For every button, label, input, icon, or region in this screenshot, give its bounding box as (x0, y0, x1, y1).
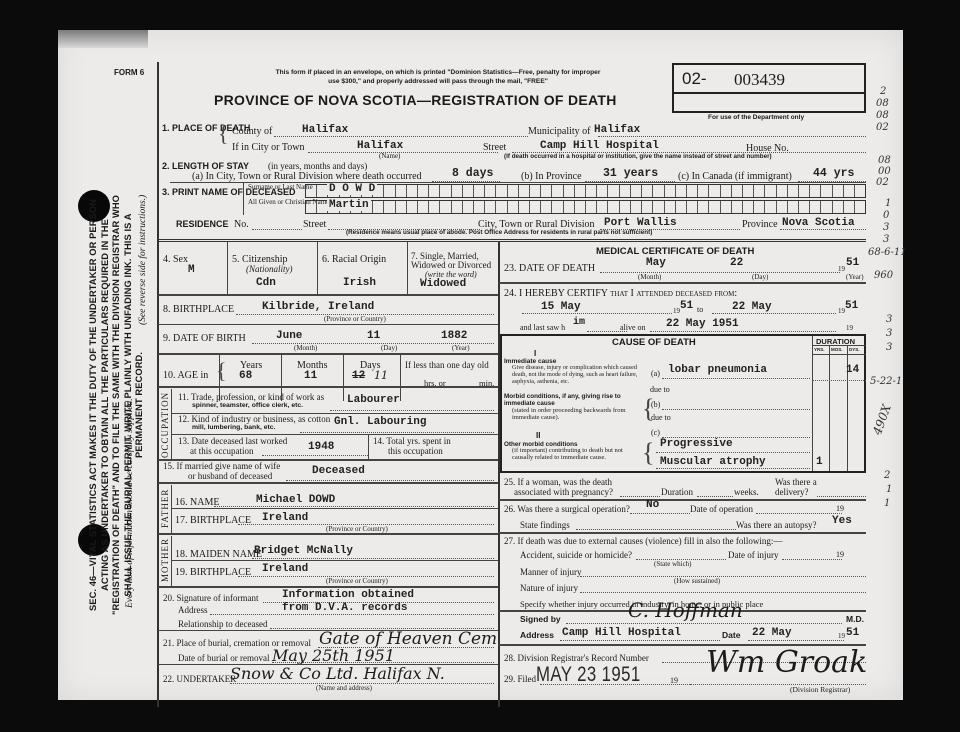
informant-address-label: Address (178, 605, 208, 615)
industry-sub: mill, lumbering, bank, etc. (192, 424, 275, 431)
margin-note: 2 (884, 470, 890, 481)
residence-street-label: Street (303, 219, 326, 230)
occupation-bracket (171, 389, 172, 459)
signature-date-value[interactable]: 22 May (752, 627, 792, 639)
rule-8 (158, 324, 498, 325)
page-title: PROVINCE OF NOVA SCOTIA—REGISTRATION OF … (214, 92, 617, 108)
racial-label: 6. Racial Origin (322, 254, 386, 265)
margin-note: 3 (883, 222, 889, 233)
signature-year-prefix: 19 (838, 632, 845, 640)
margin-note: 2 (880, 86, 886, 97)
birthplace-caption: (Province or Country) (324, 315, 386, 323)
industry-line (300, 432, 494, 433)
operation-value[interactable]: No (646, 499, 659, 511)
sex-divider (227, 242, 228, 294)
nature-line (580, 592, 866, 593)
margin-note: 02 (876, 177, 889, 188)
cause-a-line (662, 378, 810, 379)
month-caption: (Month) (294, 344, 317, 352)
attended-from-year[interactable]: 51 (680, 300, 693, 312)
father-birthplace-value[interactable]: Ireland (262, 512, 308, 524)
surname-grid (305, 184, 866, 198)
city-line (308, 152, 498, 153)
duration-dys: DYS. (849, 347, 860, 352)
trade-line (330, 410, 494, 411)
operation-year-prefix: 19 (836, 504, 844, 513)
other-condition-line-1[interactable]: Progressive (660, 438, 733, 450)
spouse-sub: or husband of deceased (188, 471, 272, 481)
last-worked-sub: at this occupation (190, 446, 253, 456)
mother-maiden-line (252, 558, 494, 559)
spouse-line (286, 480, 494, 481)
record-number-label: 28. Division Registrar's Record Number (504, 653, 649, 663)
registrar-signature[interactable]: Wm Groak (706, 645, 867, 680)
age-div-3 (343, 355, 344, 401)
margin-note: 960 (874, 270, 893, 281)
attended-to-date[interactable]: 22 May (732, 301, 772, 313)
autopsy-label: Was there an autopsy? (736, 520, 817, 530)
alive-on-date[interactable]: 22 May 1951 (666, 318, 739, 330)
cause-a-days[interactable]: 14 (846, 364, 859, 376)
relationship-label: Relationship to deceased (178, 619, 267, 629)
undertaker-label: 22. UNDERTAKER (163, 674, 236, 684)
rule-25 (499, 499, 866, 501)
year-caption: (Year) (452, 344, 470, 352)
father-bracket (171, 485, 172, 533)
stay-city-label: (a) In City, Town or Rural Division wher… (192, 171, 422, 182)
department-note: For use of the Department only (708, 114, 804, 121)
residence-city-value[interactable]: Port Wallis (604, 217, 677, 229)
delivery-line (817, 496, 866, 497)
mother-section-label: MOTHER (160, 538, 170, 582)
dod-day-caption: (Day) (752, 273, 768, 281)
other-line-1 (656, 452, 810, 453)
cause-section-2: II (536, 431, 540, 440)
father-name-label: 16. NAME (175, 497, 219, 508)
md-label: M.D. (846, 614, 864, 624)
autopsy-value[interactable]: Yes (832, 515, 852, 527)
spouse-value[interactable]: Deceased (312, 465, 365, 477)
morbid-conditions-label: Morbid conditions, if any, giving rise t… (504, 393, 646, 407)
operation-date-label: Date of operation (690, 504, 753, 514)
municipality-label: Municipality of (528, 126, 591, 137)
cause-section-1: I (534, 349, 536, 358)
less-than-day-label: If less than one day old (405, 360, 489, 370)
residence-note: (Residence means usual place of abode. P… (346, 229, 652, 236)
operation-line (630, 513, 690, 514)
father-name-value[interactable]: Michael DOWD (256, 494, 335, 506)
given-name-grid (305, 200, 866, 214)
notice-line-2: use $300," and properly addressed will p… (218, 78, 658, 85)
dob-year[interactable]: 1882 (441, 330, 467, 342)
date-of-death-day[interactable]: 22 (730, 257, 743, 269)
attended-from-date[interactable]: 15 May (541, 301, 581, 313)
state-which-caption: (State which) (654, 560, 692, 568)
stay-canada-label: (c) In Canada (if immigrant) (678, 171, 792, 182)
registration-number: 003439 (734, 70, 785, 90)
racial-divider (407, 242, 408, 294)
notice-line-1: This form if placed in an envelope, on w… (218, 69, 658, 76)
from-year-prefix: 19 (673, 307, 680, 315)
alive-on-line (650, 331, 836, 332)
signed-by-label: Signed by (520, 614, 561, 624)
signature-date-line (748, 640, 844, 641)
rule-23 (499, 282, 866, 284)
cause-b-line (662, 409, 810, 410)
last-worked-line (262, 455, 368, 456)
age-years[interactable]: 68 (239, 370, 252, 382)
rule-19 (158, 586, 498, 588)
signature-address-label: Address (520, 630, 554, 640)
length-of-stay-label: 2. LENGTH OF STAY (162, 161, 249, 171)
sex-value[interactable]: M (188, 264, 195, 276)
mother-bracket (171, 536, 172, 586)
rule-9 (158, 353, 498, 355)
informant-address-line (210, 614, 494, 615)
reverse-note: (See reverse side for instructions.) (138, 195, 148, 325)
municipality-value[interactable]: Halifax (594, 124, 640, 136)
rule-4 (158, 294, 498, 296)
date-of-death-year[interactable]: 51 (846, 257, 859, 269)
mother-birthplace-caption: (Province or Country) (326, 577, 388, 585)
center-rule (498, 242, 500, 707)
registration-number-box: 02- 003439 (672, 63, 866, 113)
age-brace: { (216, 358, 227, 384)
stay-city-value[interactable]: 8 days (452, 167, 493, 180)
margin-note: 1 (886, 484, 892, 495)
county-line (274, 136, 528, 137)
registrar-caption: (Division Registrar) (790, 685, 850, 694)
print-name-label: 3. PRINT NAME OF DECEASED (162, 186, 242, 198)
statute-notice: SEC. 46—VITAL STATISTICS ACT MAKES IT TH… (88, 195, 146, 615)
duration-yrs: YRS. (814, 347, 825, 352)
father-name-line (214, 506, 494, 507)
name-caption: (Name) (379, 152, 400, 160)
last-saw-label: and last saw h (520, 323, 565, 332)
duration-mos: MOS. (831, 347, 843, 352)
pregnancy-line (620, 496, 660, 497)
duration-label: Duration (661, 487, 693, 497)
pregnancy-sub: associated with pregnancy? (514, 487, 613, 497)
undertaker-value[interactable]: Snow & Co Ltd. Halifax N. (230, 664, 445, 683)
spouse-label: 15. If married give name of wife (163, 461, 280, 471)
duration-mos-divider (829, 345, 830, 471)
rule-18 (172, 560, 498, 561)
filed-date-stamp: MAY 23 1951 (536, 663, 641, 687)
rule-17 (158, 533, 498, 535)
burial-date-value[interactable]: May 25th 1951 (272, 646, 395, 665)
margin-note: 3 (886, 328, 892, 339)
dob-label: 9. DATE OF BIRTH (163, 333, 246, 344)
date-of-death-month[interactable]: May (646, 257, 666, 269)
injury-date-label: Date of injury (728, 550, 778, 560)
weeks-label: weeks. (734, 487, 759, 497)
due-to-1: due to (650, 385, 670, 394)
to-date-line (712, 313, 836, 314)
stay-province-label: (b) In Province (521, 171, 582, 182)
informant-signature-value[interactable]: Information obtained (282, 589, 414, 601)
margin-note: 5-22-1 (870, 376, 902, 387)
age-days[interactable]: 11 (374, 369, 388, 382)
marital-label: 7. Single, Married, Widowed or Divorced (411, 252, 497, 270)
given-name-value[interactable]: Martin (327, 199, 371, 211)
father-birthplace-caption: (Province or Country) (326, 525, 388, 533)
city-label: If in City or Town (232, 142, 304, 153)
medical-certificate-title: MEDICAL CERTIFICATE OF DEATH (596, 246, 754, 257)
industry-label: 12. Kind of industry or business, as cot… (178, 414, 330, 424)
date-of-death-label: 23. DATE OF DEATH (504, 263, 595, 274)
operation-label: 26. Was there a surgical operation? (504, 504, 630, 514)
duration-divider (812, 336, 813, 471)
nature-label: Nature of injury (520, 583, 578, 593)
dod-year-caption: (Year) (846, 273, 864, 281)
rule-10 (158, 386, 498, 388)
signature-address-value[interactable]: Camp Hill Hospital (562, 627, 681, 639)
margin-note: 3 (883, 234, 889, 245)
other-conditions-desc: (if important) contributing to death but… (512, 447, 644, 461)
date-of-death-line (600, 272, 840, 273)
findings-label: State findings (520, 520, 570, 530)
last-saw-suffix[interactable]: im (573, 317, 585, 328)
stay-province-value[interactable]: 31 years (603, 167, 658, 180)
marital-value[interactable]: Widowed (420, 278, 466, 290)
signed-by-line (566, 623, 842, 624)
dob-month[interactable]: June (276, 330, 302, 342)
delivery-label: Was there a delivery? (775, 477, 835, 497)
external-causes-label: 27. If death was due to external causes … (504, 536, 782, 546)
trade-value[interactable]: Labourer (347, 394, 400, 406)
citizenship-divider (317, 242, 318, 294)
care-note: Every item of information should be care… (125, 398, 135, 608)
alive-year-prefix: 19 (846, 324, 853, 332)
informant-address-value[interactable]: from D.V.A. records (282, 602, 407, 614)
city-value[interactable]: Halifax (357, 140, 403, 152)
morbid-brace: { (642, 396, 654, 422)
paper-shadow (58, 30, 148, 48)
form-number: FORM 6 (114, 68, 144, 77)
mother-maiden-value[interactable]: Bridget McNally (254, 545, 353, 557)
street-value[interactable]: Camp Hill Hospital (540, 140, 659, 152)
rule-26 (499, 532, 866, 534)
how-sustained-caption: (How sustained) (674, 577, 720, 585)
signature-date-label: Date (722, 630, 740, 640)
sex-label: 4. Sex (163, 254, 188, 265)
rule-residence (158, 239, 866, 242)
other-condition-years[interactable]: 1 (816, 456, 823, 468)
other-brace: { (642, 440, 654, 466)
margin-note: 3 (886, 314, 892, 325)
county-value[interactable]: Halifax (302, 124, 348, 136)
brace: { (218, 123, 229, 145)
filed-year-prefix: 19 (670, 676, 678, 685)
cause-c-label: (c) (651, 428, 660, 437)
birthplace-label: 8. BIRTHPLACE (163, 304, 234, 315)
physician-signature[interactable]: C. Hoffman (628, 598, 743, 622)
informant-signature-label: 20. Signature of informant (163, 593, 258, 603)
margin-note: 08 (876, 110, 889, 121)
margin-note: 02 (876, 122, 889, 133)
citizenship-value[interactable]: Cdn (256, 277, 276, 289)
age-days-struck: 12 (352, 370, 365, 382)
racial-value[interactable]: Irish (343, 277, 376, 289)
accident-label: Accident, suicide or homicide? (520, 550, 632, 560)
rule-15 (158, 482, 498, 484)
residence-province-value[interactable]: Nova Scotia (782, 217, 855, 229)
attended-to-year[interactable]: 51 (845, 300, 858, 312)
other-line-2 (656, 468, 810, 469)
dod-month-caption: (Month) (638, 273, 661, 281)
margin-note: 1 (885, 198, 891, 209)
mother-maiden-label: 18. MAIDEN NAME (175, 549, 262, 560)
frame-left-rule (157, 62, 159, 707)
rule-16 (172, 508, 498, 509)
margin-note: 00 (878, 166, 891, 177)
father-section-label: FATHER (160, 489, 170, 528)
duration-title: DURATION (816, 337, 855, 346)
street-label: Street (483, 142, 506, 153)
total-years-label: 14. Total yrs. spent in (373, 436, 451, 446)
duration-line (697, 496, 733, 497)
occupation-divider (368, 434, 369, 459)
surname-label: Surname or Last Name (248, 184, 292, 191)
duration-a-line (812, 380, 866, 381)
last-worked-label: 13. Date deceased last worked (178, 436, 287, 446)
birthplace-value[interactable]: Kilbride, Ireland (262, 301, 374, 313)
margin-note: 08 (876, 98, 889, 109)
to-label: to (697, 305, 703, 314)
to-year-prefix: 19 (838, 307, 845, 315)
municipality-line (598, 136, 866, 137)
manner-line (580, 576, 866, 577)
name-divider (243, 183, 244, 215)
residence-label: RESIDENCE (176, 219, 229, 229)
signature-year-value[interactable]: 51 (846, 627, 859, 639)
operation-date-line (756, 513, 842, 514)
manner-label: Manner of injury (520, 567, 581, 577)
certify-label: 24. I HEREBY CERTIFY that I attended dec… (504, 288, 737, 299)
alive-on-label: alive on (620, 323, 646, 332)
cause-of-death-title: CAUSE OF DEATH (612, 337, 696, 348)
injury-year-prefix: 19 (836, 550, 844, 559)
residence-province-line (780, 229, 866, 230)
signature-address-line (560, 640, 720, 641)
from-date-line (522, 313, 672, 314)
stay-canada-value[interactable]: 44 yrs (813, 167, 854, 180)
pregnancy-label: 25. If a woman, was the death (504, 477, 612, 487)
burial-date-label: Date of burial or removal (178, 653, 269, 663)
duration-subheader-rule (812, 354, 866, 355)
dob-day[interactable]: 11 (367, 330, 380, 342)
margin-note: 68-6-11 (868, 247, 907, 258)
cause-a-label: (a) (651, 369, 660, 378)
cause-a-value[interactable]: lobar pneumonia (668, 364, 767, 376)
filed-label: 29. Filed (504, 674, 536, 684)
margin-note: 08 (878, 155, 891, 166)
citizenship-sub: (Nationality) (246, 264, 293, 274)
findings-line (576, 529, 736, 530)
age-label: 10. AGE in (163, 370, 208, 381)
trade-label: 11. Trade, profession, or kind of work a… (178, 392, 324, 402)
industry-value[interactable]: Gnl. Labouring (334, 416, 426, 428)
mother-birthplace-value[interactable]: Ireland (262, 563, 308, 575)
last-worked-value[interactable]: 1948 (308, 441, 334, 453)
occupation-section-label: OCCUPATION (160, 392, 170, 458)
hospital-note: (If death occurred in a hospital or inst… (504, 153, 772, 160)
margin-note: 1 (884, 498, 890, 509)
total-years-sub: this occupation (388, 446, 443, 456)
immediate-cause-desc: Give disease, injury or complication whi… (512, 365, 640, 385)
morbid-conditions-desc: (stated in order proceeding backwards fr… (512, 407, 644, 421)
undertaker-caption: (Name and address) (316, 684, 372, 692)
rule-12 (172, 434, 498, 435)
trade-sub: spinner, teamster, office clerk, etc. (192, 402, 303, 409)
age-div-4 (400, 355, 401, 401)
surname-value[interactable]: D O W D (327, 183, 377, 195)
residence-no-line (252, 229, 302, 230)
place-of-death-label: 1. PLACE OF DEATH (162, 124, 214, 133)
residence-no-label: No. (234, 219, 249, 230)
given-label: All Given or Christian Names (248, 199, 292, 206)
residence-province-label: Province (742, 219, 778, 230)
day-caption: (Day) (381, 344, 397, 352)
registration-prefix: 02- (682, 69, 707, 89)
dod-year-prefix: 19 (838, 265, 845, 273)
margin-note: 0 (883, 210, 889, 221)
length-of-stay-note: (in years, months and days) (268, 161, 367, 171)
margin-note: 3 (886, 342, 892, 353)
injury-date-line (782, 559, 842, 560)
age-months[interactable]: 11 (304, 370, 317, 382)
other-condition-line-2[interactable]: Muscular atrophy (660, 456, 766, 468)
county-label: County of (232, 126, 272, 137)
